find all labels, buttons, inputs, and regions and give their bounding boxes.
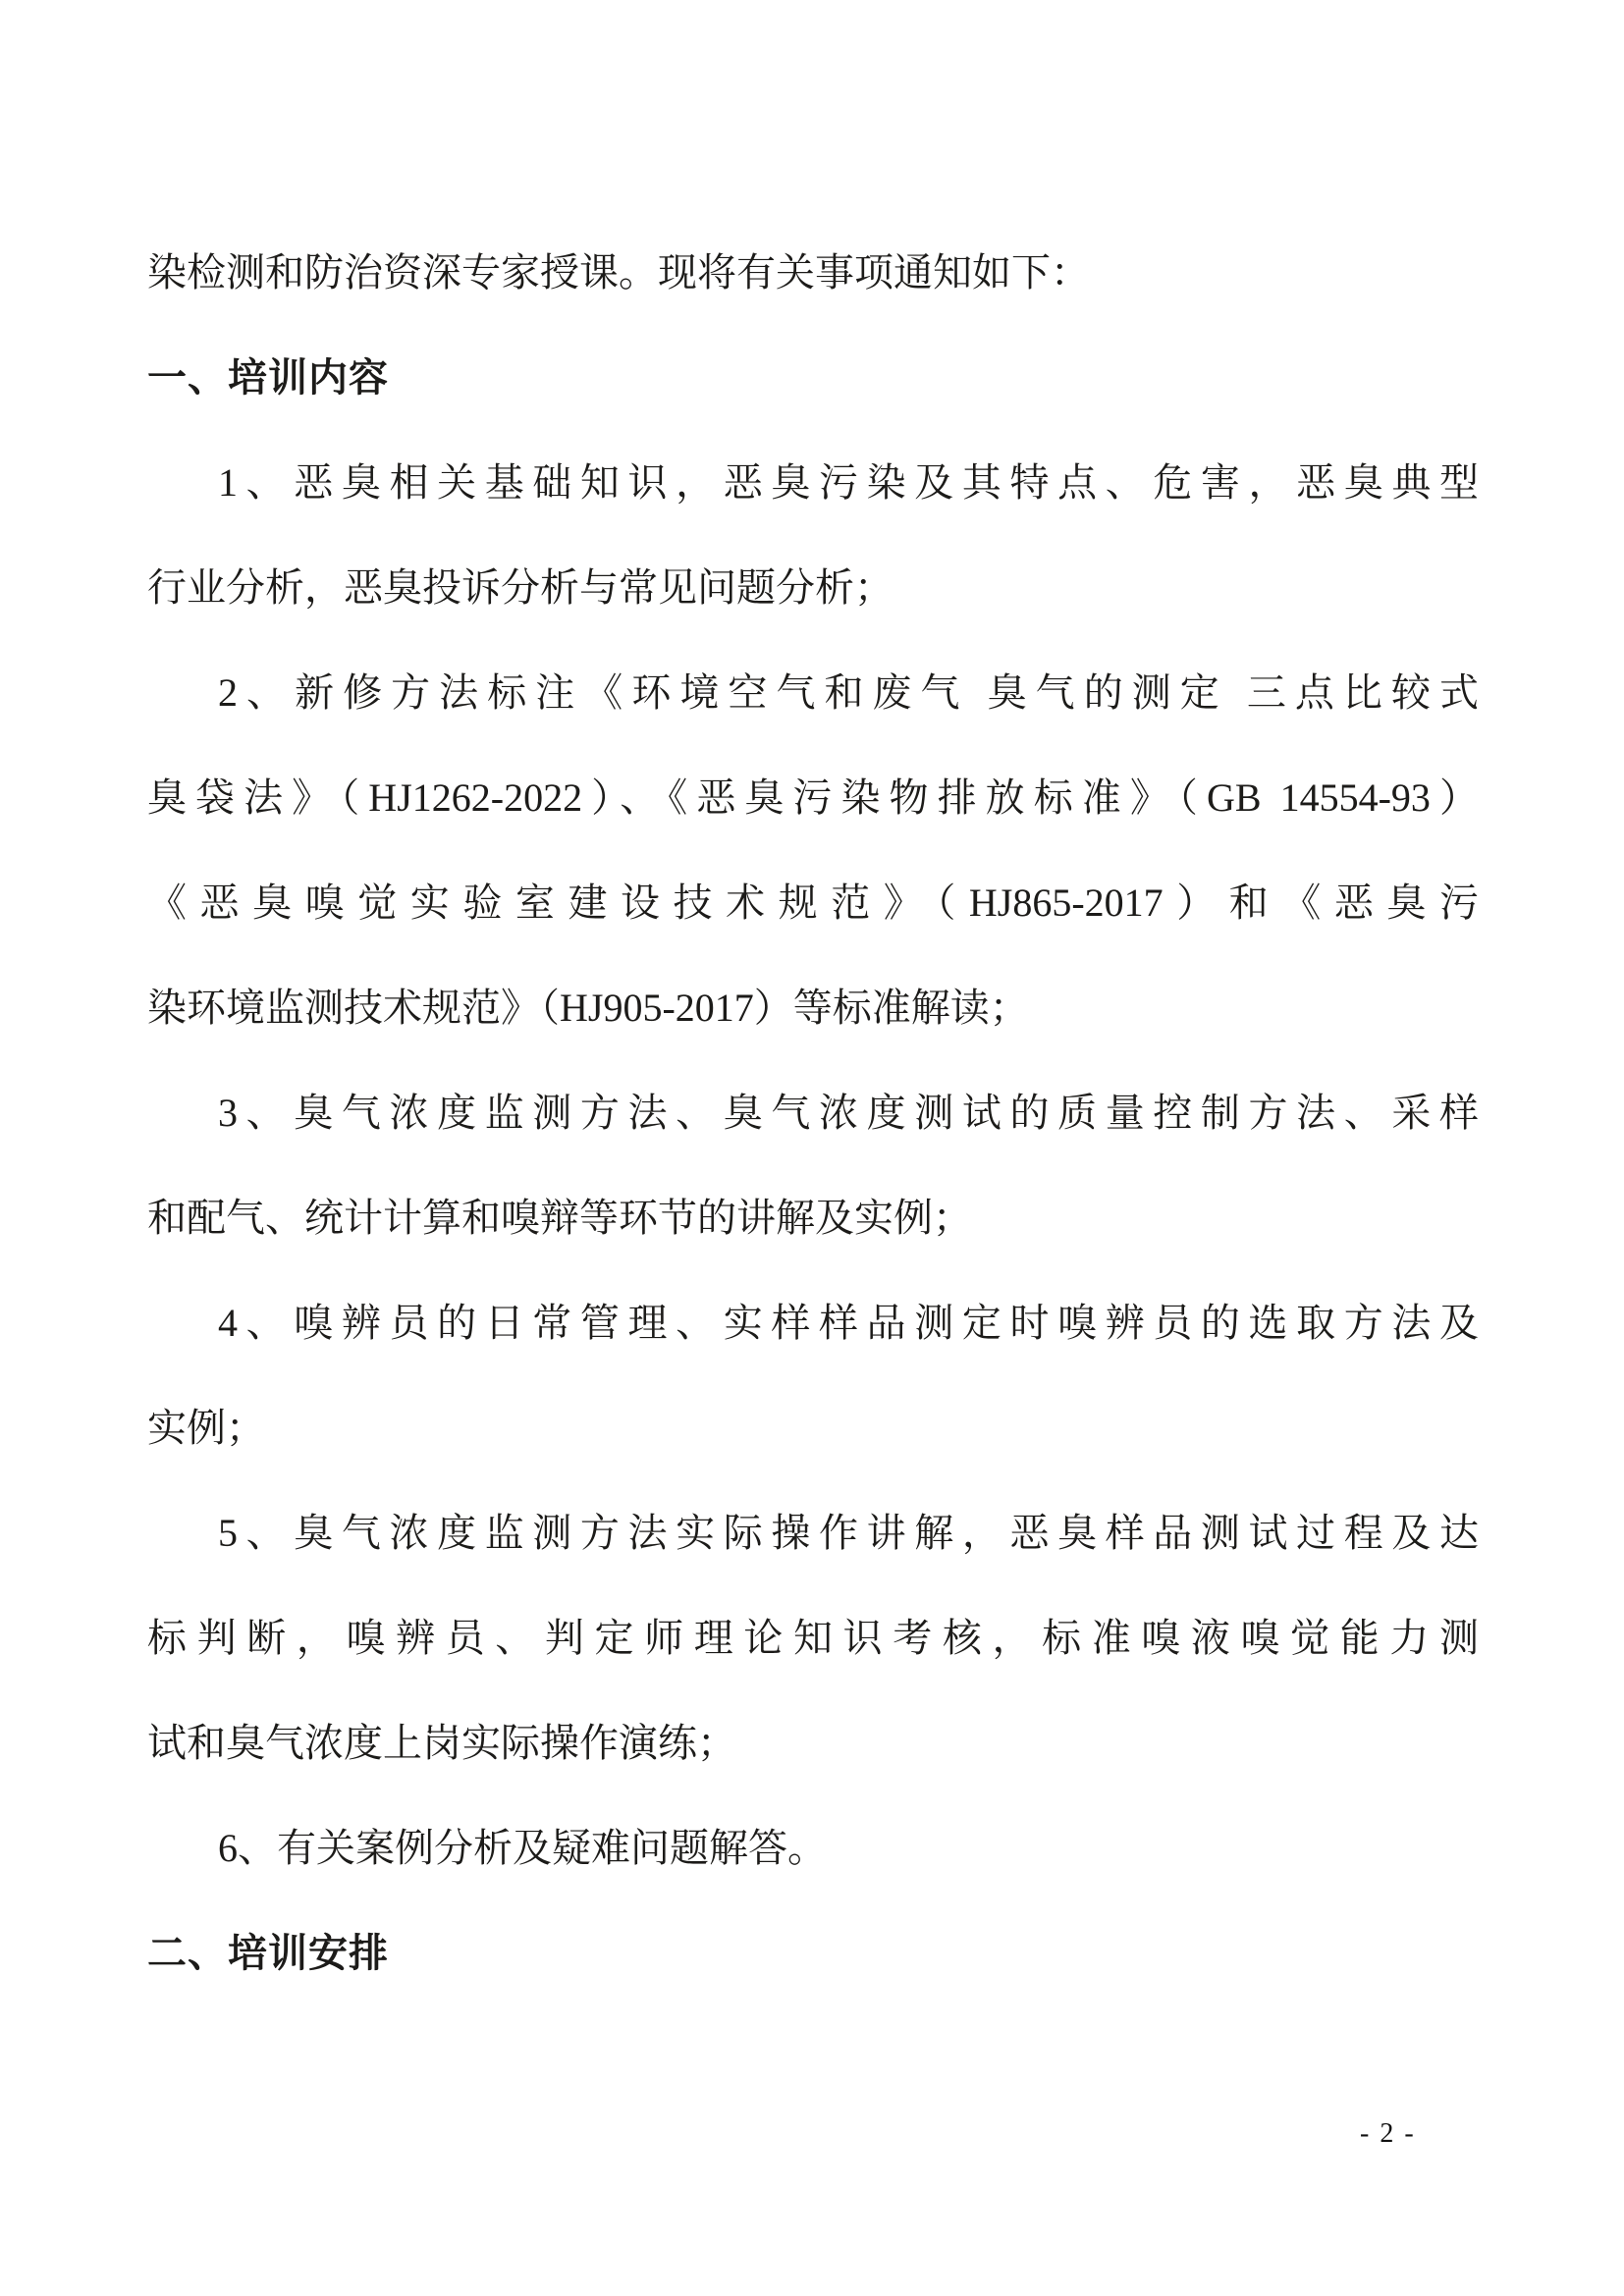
section-heading: 二、培训安排 — [147, 1900, 1479, 2005]
text-line: 行业分析，恶臭投诉分析与常见问题分析； — [147, 535, 1479, 640]
text-line: 标判断，嗅辨员、判定师理论知识考核，标准嗅液嗅觉能力测 — [147, 1585, 1479, 1690]
page-number: - 2 - — [1360, 2118, 1416, 2150]
text-line: 6、有关案例分析及疑难问题解答。 — [147, 1795, 1479, 1900]
text-line: 3、臭气浓度监测方法、臭气浓度测试的质量控制方法、采样 — [147, 1060, 1479, 1165]
text-line: 5、臭气浓度监测方法实际操作讲解，恶臭样品测试过程及达 — [147, 1480, 1479, 1585]
text-line: 染检测和防治资深专家授课。现将有关事项通知如下： — [147, 220, 1479, 325]
text-line: 实例； — [147, 1375, 1479, 1480]
document-page: 染检测和防治资深专家授课。现将有关事项通知如下：一、培训内容1、恶臭相关基础知识… — [0, 0, 1624, 2296]
text-line: 2、新修方法标注《环境空气和废气 臭气的测定 三点比较式 — [147, 640, 1479, 745]
text-line: 和配气、统计计算和嗅辩等环节的讲解及实例； — [147, 1165, 1479, 1270]
text-line: 《恶臭嗅觉实验室建设技术规范》（HJ865-2017）和《恶臭污 — [147, 850, 1479, 955]
section-heading: 一、培训内容 — [147, 325, 1479, 430]
document-body: 染检测和防治资深专家授课。现将有关事项通知如下：一、培训内容1、恶臭相关基础知识… — [147, 220, 1479, 2005]
text-line: 染环境监测技术规范》（HJ905-2017）等标准解读； — [147, 955, 1479, 1060]
text-line: 臭袋法》（HJ1262-2022）、《恶臭污染物排放标准》（GB 14554-9… — [147, 745, 1479, 850]
text-line: 4、嗅辨员的日常管理、实样样品测定时嗅辨员的选取方法及 — [147, 1270, 1479, 1375]
text-line: 1、恶臭相关基础知识，恶臭污染及其特点、危害，恶臭典型 — [147, 430, 1479, 535]
text-line: 试和臭气浓度上岗实际操作演练； — [147, 1690, 1479, 1795]
